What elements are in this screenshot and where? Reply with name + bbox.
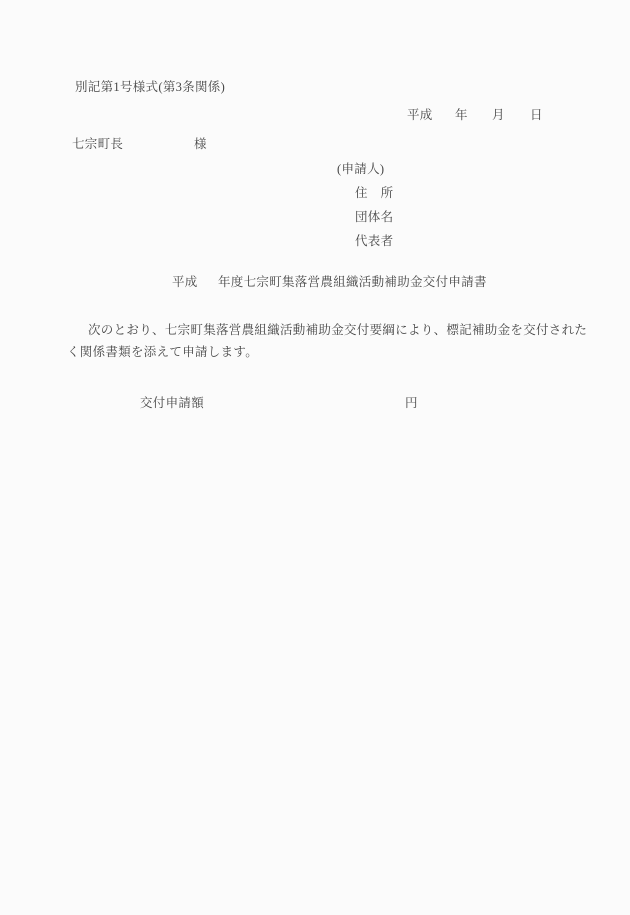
application-form-page: 別記第1号様式(第3条関係) 平成 年 月 日 七宗町長 様 (申請人) 住 所…: [0, 0, 630, 915]
applicant-address-label: 住 所: [355, 186, 393, 202]
date-year-label: 年: [455, 108, 468, 124]
body-text-line1: 次のとおり、七宗町集落営農組織活動補助金交付要綱により、標記補助金を交付された: [88, 323, 587, 339]
date-month-label: 月: [492, 108, 505, 124]
applicant-organization-label: 団体名: [355, 210, 393, 226]
addressee-honorific: 様: [194, 137, 207, 153]
body-text-line2: く関係書類を添えて申請します。: [67, 345, 258, 361]
addressee-name: 七宗町長: [72, 137, 123, 153]
applicant-section-label: (申請人): [337, 162, 384, 178]
date-day-label: 日: [530, 108, 543, 124]
document-title-era: 平成: [172, 275, 198, 291]
amount-label: 交付申請額: [140, 396, 204, 412]
form-number: 別記第1号様式(第3条関係): [75, 80, 225, 96]
amount-unit-label: 円: [405, 396, 418, 412]
applicant-representative-label: 代表者: [355, 234, 393, 250]
date-era-label: 平成: [407, 108, 433, 124]
document-title: 年度七宗町集落営農組織活動補助金交付申請書: [218, 275, 487, 291]
